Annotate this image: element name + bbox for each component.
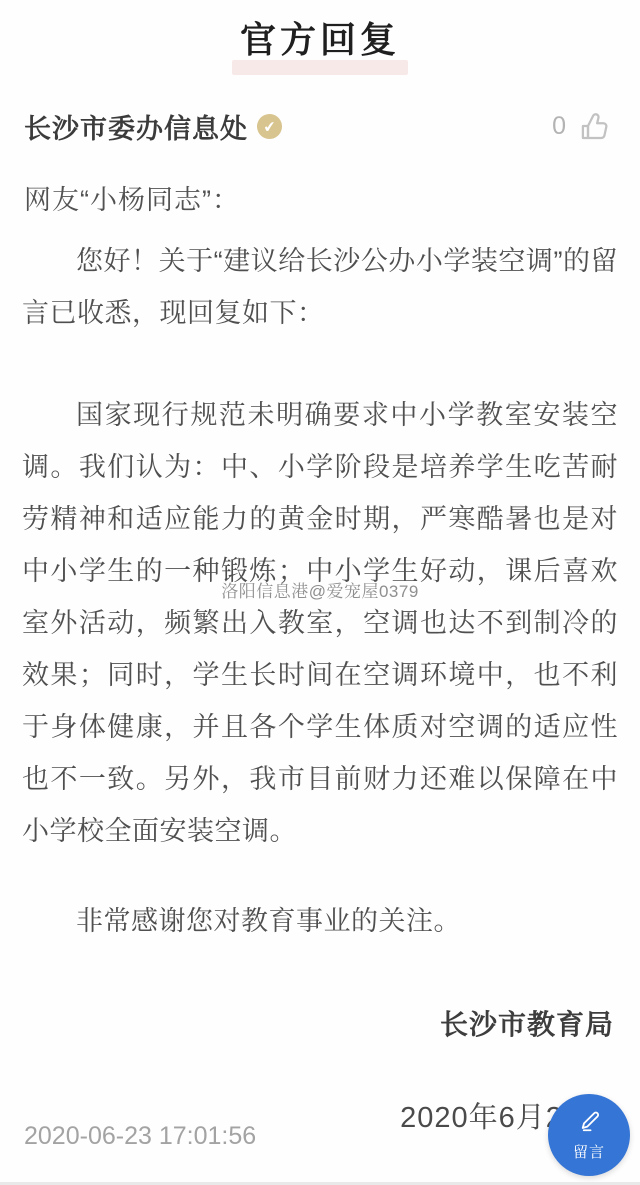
verified-badge-icon: ✔ bbox=[256, 113, 283, 140]
like-button[interactable]: 0 bbox=[552, 109, 616, 145]
official-reply-page: 官方回复 长沙市委办信息处 ✔ 0 网友“小杨同志”： 您好！关于“建议给长沙公… bbox=[0, 0, 640, 1185]
leave-message-label: 留言 bbox=[573, 1141, 605, 1162]
thumbs-up-icon bbox=[576, 109, 612, 145]
page-title: 官方回复 bbox=[240, 12, 400, 63]
department-header: 长沙市委办信息处 ✔ bbox=[24, 107, 282, 146]
reply-paragraph-intro: 您好！关于“建议给长沙公办小学装空调”的留言已收悉，现回复如下： bbox=[0, 235, 640, 339]
reply-header: 长沙市委办信息处 ✔ 0 bbox=[0, 107, 640, 146]
reply-paragraph-thanks: 非常感谢您对教育事业的关注。 bbox=[0, 895, 640, 947]
pencil-icon bbox=[575, 1109, 603, 1140]
salutation: 网友“小杨同志”： bbox=[0, 178, 640, 217]
title-bar: 官方回复 bbox=[0, 0, 640, 63]
like-count: 0 bbox=[552, 112, 566, 141]
publish-timestamp: 2020-06-23 17:01:56 bbox=[24, 1122, 256, 1151]
leave-message-button[interactable]: 留言 bbox=[548, 1094, 630, 1176]
department-name: 长沙市委办信息处 bbox=[24, 107, 248, 146]
signature: 长沙市教育局 bbox=[0, 1003, 640, 1043]
reply-paragraph-main: 国家现行规范未明确要求中小学教室安装空调。我们认为：中、小学阶段是培养学生吃苦耐… bbox=[0, 389, 640, 857]
